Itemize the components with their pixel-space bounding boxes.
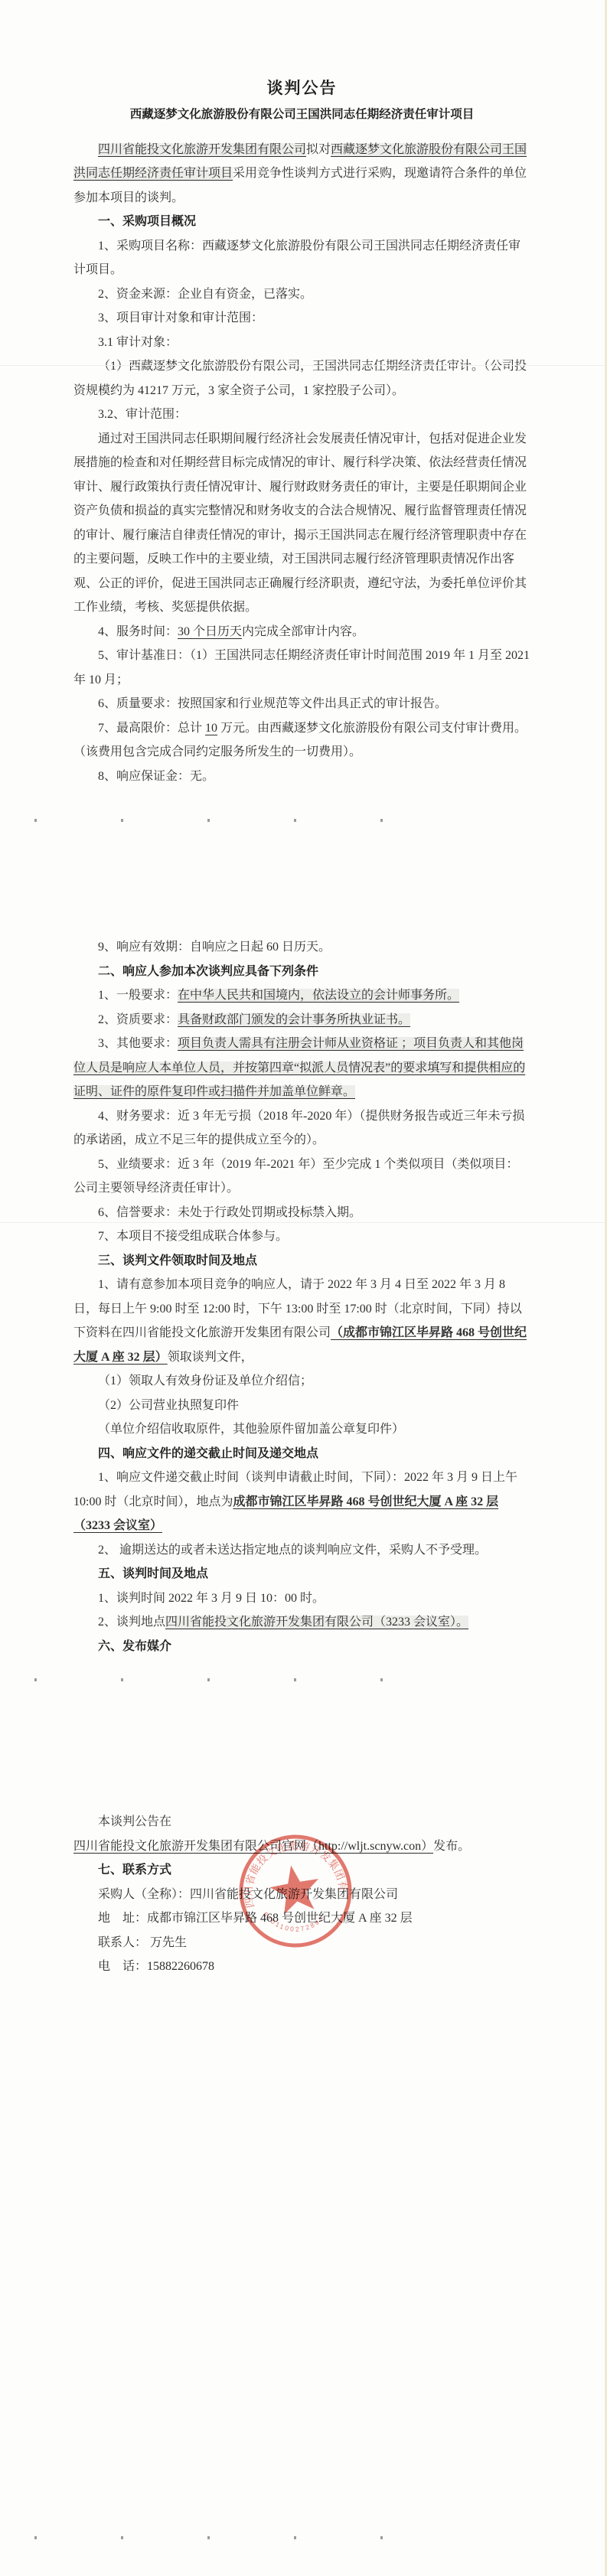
text-run: 领取谈判文件， [168, 1351, 253, 1364]
text-run: 一、采购项目概况 [98, 215, 196, 228]
paragraph: （2）公司营业执照复印件 [73, 1394, 530, 1418]
paragraph: 2、资金来源：企业自有资金，已落实。 [73, 282, 530, 307]
text-run: 6、信誉要求：未处于行政处罚期或投标禁入期。 [98, 1206, 361, 1219]
paragraph: 电 话：15882260678 [73, 1955, 530, 1979]
page-break-marks [34, 819, 383, 822]
text-run: 1、一般要求： [98, 989, 178, 1002]
text-run: 2、资金来源：企业自有资金，已落实。 [98, 288, 312, 301]
paragraph: 1、采购项目名称：西藏逐梦文化旅游股份有限公司王国洪同志任期经济责任审计项目。 [73, 234, 530, 282]
section-heading: 六、发布媒介 [73, 1635, 530, 1659]
text-run: 在中华人民共和国境内，依法设立的会计师事务所。 [178, 989, 459, 1002]
paragraph: 6、质量要求：按照国家和行业规范等文件出具正式的审计报告。 [73, 692, 530, 716]
paragraph: 1、响应文件递交截止时间（谈判申请截止时间，下同）：2022 年 3 月 9 日… [73, 1466, 530, 1538]
paragraph: 2、资质要求：具备财政部门颁发的会计事务所执业证书。 [73, 1008, 530, 1032]
scan-artifact-line [0, 1222, 607, 1223]
paragraph: 2、 逾期送达的或者未送达指定地点的谈判响应文件，采购人不予受理。 [73, 1538, 530, 1563]
paragraph: 6、信誉要求：未处于行政处罚期或投标禁入期。 [73, 1201, 530, 1225]
document-body: 谈判公告 西藏逐梦文化旅游股份有限公司王国洪同志任期经济责任审计项目 四川省能投… [0, 0, 607, 1979]
text-run: （1）领取人有效身份证及单位介绍信； [98, 1374, 312, 1387]
text-run: 7、最高限价：总计 [98, 722, 205, 735]
text-run: 联系人： 万先生 [98, 1936, 187, 1949]
text-run: 四川省能投文化旅游开发集团有限公司官网（http://wljt.scnyw.co… [73, 1840, 433, 1853]
section-heading: 三、谈判文件领取时间及地点 [73, 1249, 530, 1273]
text-run: 3、项目审计对象和审计范围： [98, 311, 263, 324]
text-run: 10 [205, 722, 217, 735]
text-run: 二、响应人参加本次谈判应具备下列条件 [98, 965, 318, 978]
section-heading: 七、联系方式 [73, 1858, 530, 1883]
paragraph: 3.1 审计对象： [73, 331, 530, 355]
text-run: 四川省能投文化旅游开发集团有限公司（3233 会议室）。 [165, 1616, 468, 1629]
paragraph: 9、响应有效期：自响应之日起 60 日历天。 [73, 935, 530, 960]
page-gap [73, 788, 530, 935]
text-run: 四、响应文件的递交截止时间及递交地点 [98, 1447, 318, 1460]
paragraph: （1）西藏逐梦文化旅游股份有限公司，王国洪同志任期经济责任审计。（公司投资规模约… [73, 354, 530, 403]
paragraph: 5、业绩要求：近 3 年（2019 年-2021 年）至少完成 1 个类似项目（… [73, 1153, 530, 1201]
text-run: 电 话：15882260678 [98, 1960, 214, 1973]
paragraph: 联系人： 万先生 [73, 1931, 530, 1955]
section-heading: 一、采购项目概况 [73, 210, 530, 234]
text-run: 2、谈判地点 [98, 1616, 165, 1629]
text-run: 5、审计基准日：（1）王国洪同志任期经济责任审计时间范围 2019 年 1 月至… [73, 649, 530, 686]
text-run: 3.1 审计对象： [98, 336, 178, 349]
text-run: 具备财政部门颁发的会计事务所执业证书。 [178, 1013, 410, 1026]
text-run: 通过对王国洪同志任职期间履行经济社会发展责任情况审计，包括对促进企业发展措施的检… [73, 432, 527, 615]
paragraph: 3、项目审计对象和审计范围： [73, 306, 530, 331]
paragraph: （1）领取人有效身份证及单位介绍信； [73, 1369, 530, 1394]
text-run: 本谈判公告在 [98, 1815, 171, 1828]
paragraph: 8、响应保证金：无。 [73, 765, 530, 789]
paragraph: 2、谈判地点四川省能投文化旅游开发集团有限公司（3233 会议室）。 [73, 1610, 530, 1635]
text-run: 9、响应有效期：自响应之日起 60 日历天。 [98, 941, 331, 954]
text-run: 五、谈判时间及地点 [98, 1567, 208, 1580]
page-title: 谈判公告 [73, 73, 530, 103]
text-run: 8、响应保证金：无。 [98, 770, 214, 783]
page-break-marks [34, 1678, 383, 1681]
paragraph: 7、本项目不接受组成联合体参与。 [73, 1224, 530, 1249]
text-run: 3.2、审计范围： [98, 408, 187, 421]
text-run: 2、 逾期送达的或者未送达指定地点的谈判响应文件，采购人不予受理。 [98, 1544, 487, 1557]
text-run: （2）公司营业执照复印件 [98, 1399, 239, 1412]
document-page: 谈判公告 西藏逐梦文化旅游股份有限公司王国洪同志任期经济责任审计项目 四川省能投… [0, 0, 607, 2576]
text-run: 七、联系方式 [98, 1864, 171, 1877]
text-run: 地 址：成都市锦江区毕昇路 468 号创世纪大厦 A 座 32 层 [98, 1912, 413, 1925]
text-run: 30 个日历天 [178, 625, 242, 638]
paragraph: 本谈判公告在四川省能投文化旅游开发集团有限公司官网（http://wljt.sc… [73, 1810, 530, 1858]
text-run: 内完成全部审计内容。 [242, 625, 364, 638]
paragraph: 4、财务要求：近 3 年无亏损（2018 年-2020 年）（提供财务报告或近三… [73, 1104, 530, 1153]
paragraph: 1、谈判时间 2022 年 3 月 9 日 10：00 时。 [73, 1586, 530, 1611]
paragraph: 通过对王国洪同志任职期间履行经济社会发展责任情况审计，包括对促进企业发展措施的检… [73, 427, 530, 620]
paragraph: 地 址：成都市锦江区毕昇路 468 号创世纪大厦 A 座 32 层 [73, 1906, 530, 1931]
text-run: 5、业绩要求：近 3 年（2019 年-2021 年）至少完成 1 个类似项目（… [73, 1158, 518, 1195]
text-run: 4、服务时间： [98, 625, 178, 638]
page-break-marks [34, 2536, 383, 2539]
paragraph: （单位介绍信收取原件，其他验原件留加盖公章复印件） [73, 1417, 530, 1442]
text-run: 4、财务要求：近 3 年无亏损（2018 年-2020 年）（提供财务报告或近三… [73, 1110, 524, 1147]
paragraph: 1、请有意参加本项目竞争的响应人，请于 2022 年 3 月 4 日至 2022… [73, 1273, 530, 1369]
section-heading: 四、响应文件的递交截止时间及递交地点 [73, 1442, 530, 1466]
text-run: 四川省能投文化旅游开发集团有限公司 [98, 143, 306, 156]
section-heading: 五、谈判时间及地点 [73, 1562, 530, 1586]
paragraph: 5、审计基准日：（1）王国洪同志任期经济责任审计时间范围 2019 年 1 月至… [73, 644, 530, 692]
text-run: 1、采购项目名称：西藏逐梦文化旅游股份有限公司王国洪同志任期经济责任审计项目。 [73, 240, 521, 277]
paragraph: 采购人（全称）：四川省能投文化旅游开发集团有限公司 [73, 1883, 530, 1907]
text-run: 3、其他要求： [98, 1037, 178, 1050]
paragraph: 3.2、审计范围： [73, 403, 530, 427]
text-run: 6、质量要求：按照国家和行业规范等文件出具正式的审计报告。 [98, 697, 447, 710]
page-subtitle: 西藏逐梦文化旅游股份有限公司王国洪同志任期经济责任审计项目 [73, 103, 530, 127]
document-blocks: 四川省能投文化旅游开发集团有限公司拟对西藏逐梦文化旅游股份有限公司王国洪同志任期… [73, 138, 530, 1979]
paragraph: 四川省能投文化旅游开发集团有限公司拟对西藏逐梦文化旅游股份有限公司王国洪同志任期… [73, 138, 530, 210]
section-heading: 二、响应人参加本次谈判应具备下列条件 [73, 960, 530, 984]
text-run: 三、谈判文件领取时间及地点 [98, 1254, 257, 1267]
text-run: 1、谈判时间 2022 年 3 月 9 日 10：00 时。 [98, 1592, 325, 1605]
scan-artifact-line [0, 365, 607, 366]
text-run: （单位介绍信收取原件，其他验原件留加盖公章复印件） [98, 1423, 404, 1436]
paragraph: 7、最高限价：总计 10 万元。由西藏逐梦文化旅游股份有限公司支付审计费用。（该… [73, 716, 530, 765]
paragraph: 4、服务时间：30 个日历天内完成全部审计内容。 [73, 620, 530, 644]
paragraph: 1、一般要求：在中华人民共和国境内，依法设立的会计师事务所。 [73, 983, 530, 1008]
paragraph: 3、其他要求：项目负责人需具有注册会计师从业资格证 ；项目负责人和其他岗位人员是… [73, 1032, 530, 1104]
text-run: 2、资质要求： [98, 1013, 178, 1026]
text-run: 发布。 [433, 1840, 470, 1853]
text-run: 采购人（全称）：四川省能投文化旅游开发集团有限公司 [98, 1888, 398, 1901]
text-run: 拟对 [306, 143, 331, 156]
text-run: 7、本项目不接受组成联合体参与。 [98, 1230, 288, 1243]
text-run: 六、发布媒介 [98, 1640, 171, 1653]
